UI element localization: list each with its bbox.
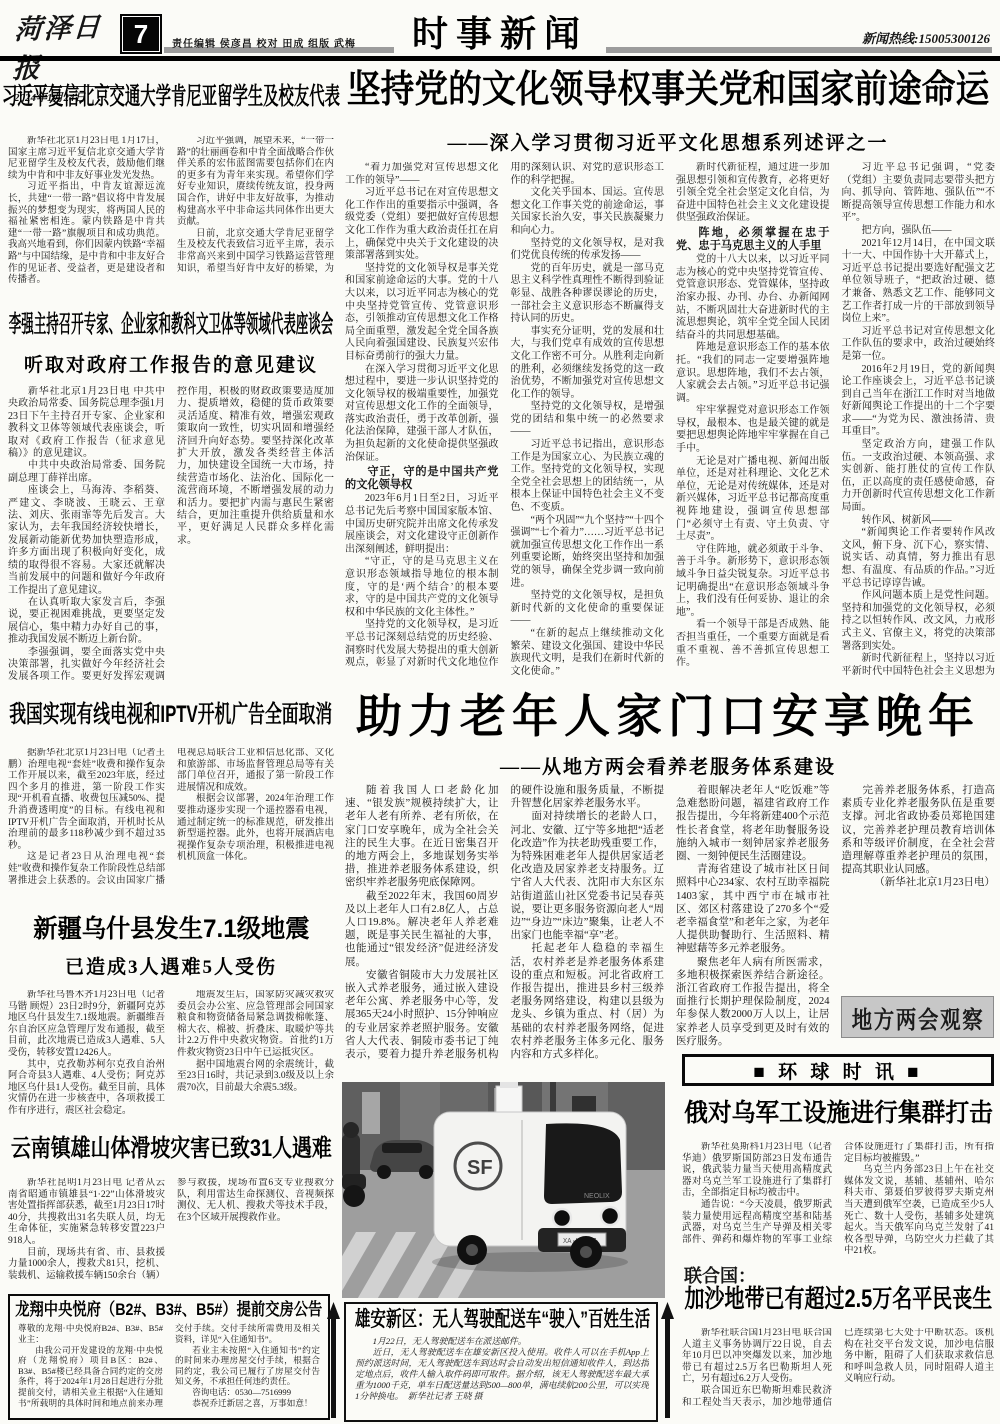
- paragraph: “着力加强党对宣传思想文化工作的领导”——: [345, 162, 499, 187]
- article-earthquake-headline: 新疆乌什县发生7.1级地震: [8, 916, 334, 943]
- article-culture-body: “着力加强党对宣传思想文化工作的领导”——习近平总书记在对宣传思想文化工作作出的…: [345, 162, 995, 682]
- article-landslide-body: 新华社昆明1月23日电 记者从云南省昭通市镇雄县“1·22”山体滑坡灾害处置指挥…: [8, 1178, 334, 1290]
- paragraph: 截至2022年末，我国60周岁及以上老年人口有2.8亿人，占总人口19.8%。解…: [345, 890, 499, 969]
- paragraph: 党的十八大以来，以习近平同志为核心的党中央坚持党管宣传、党管意识形态、党管媒体，…: [676, 254, 830, 342]
- paragraph: 恭祝乔迁新居之喜，万事如意！: [175, 1398, 320, 1409]
- paragraph: 聚焦老年人病有所医需求，多地积极探索医养结合新途径。浙江省政府工作报告提出，将全…: [676, 956, 830, 1048]
- xiongan-headline: 雄安新区：无人驾驶配送车“驶入”百姓生活: [355, 1309, 649, 1332]
- svg-text:NEOLIX: NEOLIX: [584, 1193, 610, 1200]
- paragraph: 新时代新征程，通过进一步加强思想引领和宣传教育，必将更好引领全党全社会坚定文化自…: [676, 162, 830, 225]
- article-gaza-headline: 加沙地带已有超过2.5万名平民丧生: [682, 1286, 994, 1313]
- paragraph: 2016年2月19日，党的新闻舆论工作座谈会上，习近平总书记谈到自己当年在浙江工…: [842, 364, 996, 440]
- paragraph: 乌克兰内务部23日上午在社交媒体发文说，基辅、基辅州、哈尔科夫市、第聂伯罗彼得罗…: [844, 1165, 994, 1258]
- paragraph: 转作风、树新风——: [842, 515, 996, 528]
- paragraph: 1月22日，无人驾驶配送车在派送邮件。: [355, 1336, 649, 1347]
- paragraph: “两个巩固”“九个坚持”“十四个强调”“七个着力”……习近平总书记就加强宣传思想…: [511, 515, 665, 591]
- news-hotline: 新闻热线:15005300126: [862, 28, 990, 47]
- article-iptv-body: 据新华社北京1月23日电（记者王鹏）治理电视“套娃”收费和操作复杂工作开展以来，…: [8, 748, 334, 898]
- paragraph: 坚持党的文化领导权，是对我们党优良传统的传承发扬——: [511, 238, 665, 263]
- paragraph: 习近平总书记对宣传思想文化工作队伍的要求中，政治过硬始终是第一位。: [842, 326, 996, 364]
- paragraph: 作风问题本质上是党性问题。坚持和加强党的文化领导权，必须持之以恒转作风、改文风，…: [842, 590, 996, 653]
- article-culture-subtitle: ——深入学习贯彻习近平文化思想系列述评之一: [342, 128, 994, 155]
- paragraph: 托起老年人稳稳的幸福生活，农村养老是养老服务体系建设的重点和短板。河北省政府工作…: [511, 942, 665, 1061]
- paragraph: 尊敬的龙翔·中央悦府B2#、B3#、B5#业主：: [18, 1323, 163, 1344]
- article-culture-headline: 坚持党的文化领导权事关党和国家前途命运: [342, 70, 994, 111]
- paragraph: 其中，克孜勒苏柯尔克孜自治州阿合奇县3人遇难、4人受伤；阿克苏地区乌什县1人受伤…: [8, 1060, 165, 1118]
- paragraph: 坚定政治方向，建强工作队伍。一支政治过硬、本领高强、求实创新、能打胜仗的宣传工作…: [842, 439, 996, 515]
- paragraph: 习近平总书记指出，意识形态工作是为国家立心、为民族立魂的工作。坚持党的文化领导权…: [511, 439, 665, 515]
- paragraph: 无论是对广播电视、新闻出版单位，还是对社科理论、文化艺术单位，无论是对传统媒体，…: [676, 456, 830, 544]
- article-elderly-headline: 助力老年人家门口安享晚年: [342, 692, 994, 742]
- paragraph: 据中国地震台网的余震统计，截至23日16时，共记录到3.0级及以上余震70次，目…: [177, 1060, 334, 1095]
- article-xi-letter-headline: 习近平复信北京交通大学肯尼亚留学生及校友代表: [8, 84, 334, 110]
- article-iptv-headline: 我国实现有线电视和IPTV开机广告全面取消: [8, 702, 334, 728]
- paragraph: 咨询电话：0530—7516999: [175, 1387, 320, 1398]
- article-landslide-headline: 云南镇雄山体滑坡灾害已致31人遇难: [8, 1136, 334, 1162]
- local-congress-watch-box: 地方两会观察: [841, 996, 994, 1038]
- paragraph: 习近平强调，展望未来，“一带一路”的壮丽画卷和中肯全面战略合作伙伴关系的宏伟蓝图…: [177, 136, 334, 229]
- housing-notice-title: 龙翔中央悦府（B2#、B3#、B5#）提前交房公告: [18, 1301, 320, 1319]
- section-title-row: 时事新闻: [0, 6, 1000, 57]
- section-title: 时事新闻: [394, 6, 606, 57]
- header-rule: [0, 56, 1000, 61]
- paragraph: 习近平总书记在对宣传思想文化工作作出的重要指示中强调，各级党委（党组）要把做好宣…: [345, 187, 499, 263]
- newspaper-page: 菏泽日报 2024年1月24日 7 责任编辑 侯彦昌 校对 田成 组版 武梅 时…: [0, 0, 1000, 1424]
- paragraph: 新华社北京1月23日电 1月17日，国家主席习近平复信北京交通大学肯尼亚留学生及…: [8, 136, 165, 182]
- xiongan-caption-box: 雄安新区：无人驾驶配送车“驶入”百姓生活 1月22日，无人驾驶配送车在派送邮件。…: [344, 1302, 658, 1422]
- delivery-van-illustration: NEOLIX SF XA·H0027: [342, 1082, 665, 1298]
- paragraph: 新华社北京1月23日电 中共中央政治局常委、国务院总理李强1月23日下午主持召开…: [8, 386, 165, 460]
- xiongan-caption: 1月22日，无人驾驶配送车在派送邮件。近日，无人驾驶配送车在雄安新区投入使用。收…: [355, 1336, 649, 1418]
- paragraph: 若业主未按照“入住通知书”约定的时间来办理房屋交付手续，根据合同约定，我公司已履…: [175, 1345, 320, 1387]
- paragraph: 习近平指出，中肯友谊源远流长，共建“一带一路”倡议将中肯发展振兴的梦想变为现实，…: [8, 182, 165, 286]
- housing-notice-body: 尊敬的龙翔·中央悦府B2#、B3#、B5#业主：由我公司开发建设的龙翔·中央悦府…: [18, 1323, 320, 1409]
- paragraph: 据新华社北京1月23日电（记者王鹏）治理电视“套娃”收费和操作复杂工作开展以来，…: [8, 748, 165, 852]
- paragraph: 党的百年历史，就是一部马克思主义科学性真理性不断得到验证彰显、战胜各种谬误谬论的…: [511, 263, 665, 326]
- paragraph: 坚持党的文化领导权，是担负新时代新的文化使命的重要保证——: [511, 590, 665, 628]
- housing-notice-box: 龙翔中央悦府（B2#、B3#、B5#）提前交房公告 尊敬的龙翔·中央悦府B2#、…: [8, 1294, 330, 1420]
- paragraph: 2021年12月14日，在中国文联十一大、中国作协十大开幕式上，习近平总书记提出…: [842, 238, 996, 326]
- article-liqiang-body: 新华社北京1月23日电 中共中央政治局常委、国务院总理李强1月23日下午主持召开…: [8, 386, 334, 686]
- article-russia-headline: 俄对乌军工设施进行集群打击: [682, 1100, 994, 1127]
- article-gaza-body: 新华社联合国1月23日电 联合国人道主义事务协调厅22日说，自去年10月巴以冲突…: [682, 1328, 994, 1420]
- paragraph: 看一个领导干部是否成熟、能否担当重任，一个重要方面就是看重不重视、善不善抓宣传思…: [676, 619, 830, 669]
- paragraph: 座谈会上，马海涛、李稻葵、严建文、李晓波、王晓云、王章法、刘庆、张雨霏等先后发言…: [8, 485, 165, 597]
- paragraph: （新华社北京1月23日电）: [842, 876, 996, 889]
- paragraph: 坚持党的文化领导权是事关党和国家前途命运的大事。党的十八大以来，以习近平同志为核…: [345, 263, 499, 364]
- paragraph: “新闻舆论工作者要转作风改文风，俯下身、沉下心，察实情、说实话、动真情，努力推出…: [842, 527, 996, 590]
- paragraph: 文化关乎国本、国运。宣传思想文化工作事关党的前途命运，事关国家长治久安，事关民族…: [511, 187, 665, 237]
- photo-delivery-van: NEOLIX SF XA·H0027: [342, 1082, 665, 1298]
- paragraph: 阵地，必须掌握在忠于党、忠于马克思主义的人手里: [676, 227, 830, 252]
- paragraph: 新华社莫斯科1月23日电（记者 华迪）俄罗斯国防部23日发布通告说，俄武装力量当…: [682, 1142, 832, 1200]
- paragraph: 新华社联合国1月23日电 联合国人道主义事务协调厅22日说，自去年10月巴以冲突…: [682, 1328, 832, 1386]
- paragraph: 牢牢掌握党对意识形态工作领导权，最根本、也是最关键的就是要把思想舆论阵地牢牢掌握…: [676, 405, 830, 455]
- article-liqiang-headline: 李强主持召开专家、企业家和教科文卫体等领域代表座谈会: [8, 312, 334, 338]
- jump-arrow-left-icon: [327, 1302, 340, 1423]
- paragraph: 新华社乌鲁木齐1月23日电（记者 马锴 顾煜）23日2时9分，新疆阿克苏地区乌什…: [8, 990, 165, 1060]
- article-earthquake-subtitle: 已造成3人遇难5人受伤: [8, 952, 334, 979]
- paragraph: 着眼解决老年人“吃饭难”等急难愁盼问题，福建省政府工作报告提出，今年将新建400…: [676, 784, 830, 863]
- paragraph: 阵地是意识形态工作的基本依托。“我们的同志一定要增强阵地意识。思想阵地，我们不去…: [676, 342, 830, 405]
- article-russia-body: 新华社莫斯科1月23日电（记者 华迪）俄罗斯国防部23日发布通告说，俄武装力量当…: [682, 1142, 994, 1258]
- paragraph: 近日，无人驾驶配送车在雄安新区投入使用。收件人可以在手机App上预约派送时间，无…: [355, 1347, 649, 1402]
- paragraph: 2023年6月1日至2日，习近平总书记先后考察中国国家版本馆、中国历史研究院并出…: [345, 493, 499, 556]
- paragraph: 坚持党的文化领导权，是增强党的团结和集中统一的必然要求——: [511, 401, 665, 439]
- paragraph: 在认真听取大家发言后，李强说，要正视困难挑战，更要坚定发展信心，集中精力办好自己…: [8, 597, 165, 647]
- article-earthquake-body: 新华社乌鲁木齐1月23日电（记者 马锴 顾煜）23日2时9分，新疆阿克苏地区乌什…: [8, 990, 334, 1134]
- paragraph: 把方向，强队伍——: [842, 225, 996, 238]
- paragraph: 青海省建设了城市社区日间照料中心234家、农村互助幸福院1403家，其中西宁市在…: [676, 863, 830, 955]
- svg-text:SF: SF: [467, 1157, 493, 1179]
- paragraph: 事实充分证明，党的发展和壮大，与我们党卓有成效的宣传思想文化工作密不可分。从胜利…: [511, 326, 665, 402]
- paragraph: 中共中央政治局常委、国务院副总理丁薛祥出席。: [8, 460, 165, 485]
- paragraph: 习近平总书记强调，“党委（党组）主要负责同志要带头把方向、抓导向、管阵地、强队伍…: [842, 162, 996, 225]
- paragraph: 地震发生后，国家防灾减灾救灾委员会办公室、应急管理部会同国家粮食和物资储备局紧急…: [177, 990, 334, 1060]
- paragraph: 守正，守的是中国共产党的文化领导权: [345, 466, 499, 491]
- paragraph: 根据会议部署，2024年治理工作要推动逐步实现一个遥控器看电视，通过制定统一的标…: [177, 794, 334, 864]
- jump-arrow-right-icon: [661, 1302, 674, 1423]
- paragraph: 守住阵地，就必须敢于斗争、善于斗争。新形势下，意识形态领域斗争日益尖锐复杂。习近…: [676, 544, 830, 620]
- paragraph: 面对持续增长的老龄人口，河北、安徽、辽宁等多地把“适老化改造”作为扶老助残重要工…: [511, 810, 665, 942]
- article-elderly-subtitle: ——从地方两会看养老服务体系建设: [342, 752, 994, 779]
- paragraph: 在深入学习贯彻习近平文化思想过程中，要进一步认识坚持党的文化领导权的极端重要性，…: [345, 364, 499, 465]
- article-xi-letter-body: 新华社北京1月23日电 1月17日，国家主席习近平复信北京交通大学肯尼亚留学生及…: [8, 136, 334, 298]
- paragraph: 随着我国人口老龄化加速、“银发族”规模持续扩大，让老年人老有所养、老有所依，在家…: [345, 784, 499, 890]
- article-liqiang-subtitle: 听取对政府工作报告的意见建议: [8, 350, 334, 377]
- global-news-header: ■ 环 球 时 讯 ■: [682, 1054, 994, 1086]
- paragraph: 完善养老服务体系，打造高素质专业化养老服务队伍是重要支撑。河北省政协委员郑艳国建…: [842, 784, 996, 876]
- paragraph: “守正，守的是马克思主义在意识形态领域指导地位的根本制度，守的是‘两个结合’的根…: [345, 556, 499, 619]
- paragraph: 新华社昆明1月23日电 记者从云南省昭通市镇雄县“1·22”山体滑坡灾害处置指挥…: [8, 1178, 165, 1248]
- paragraph: “在新的起点上继续推动文化繁荣、建设文化强国、建设中华民族现代文明，是我们在新时…: [511, 628, 665, 678]
